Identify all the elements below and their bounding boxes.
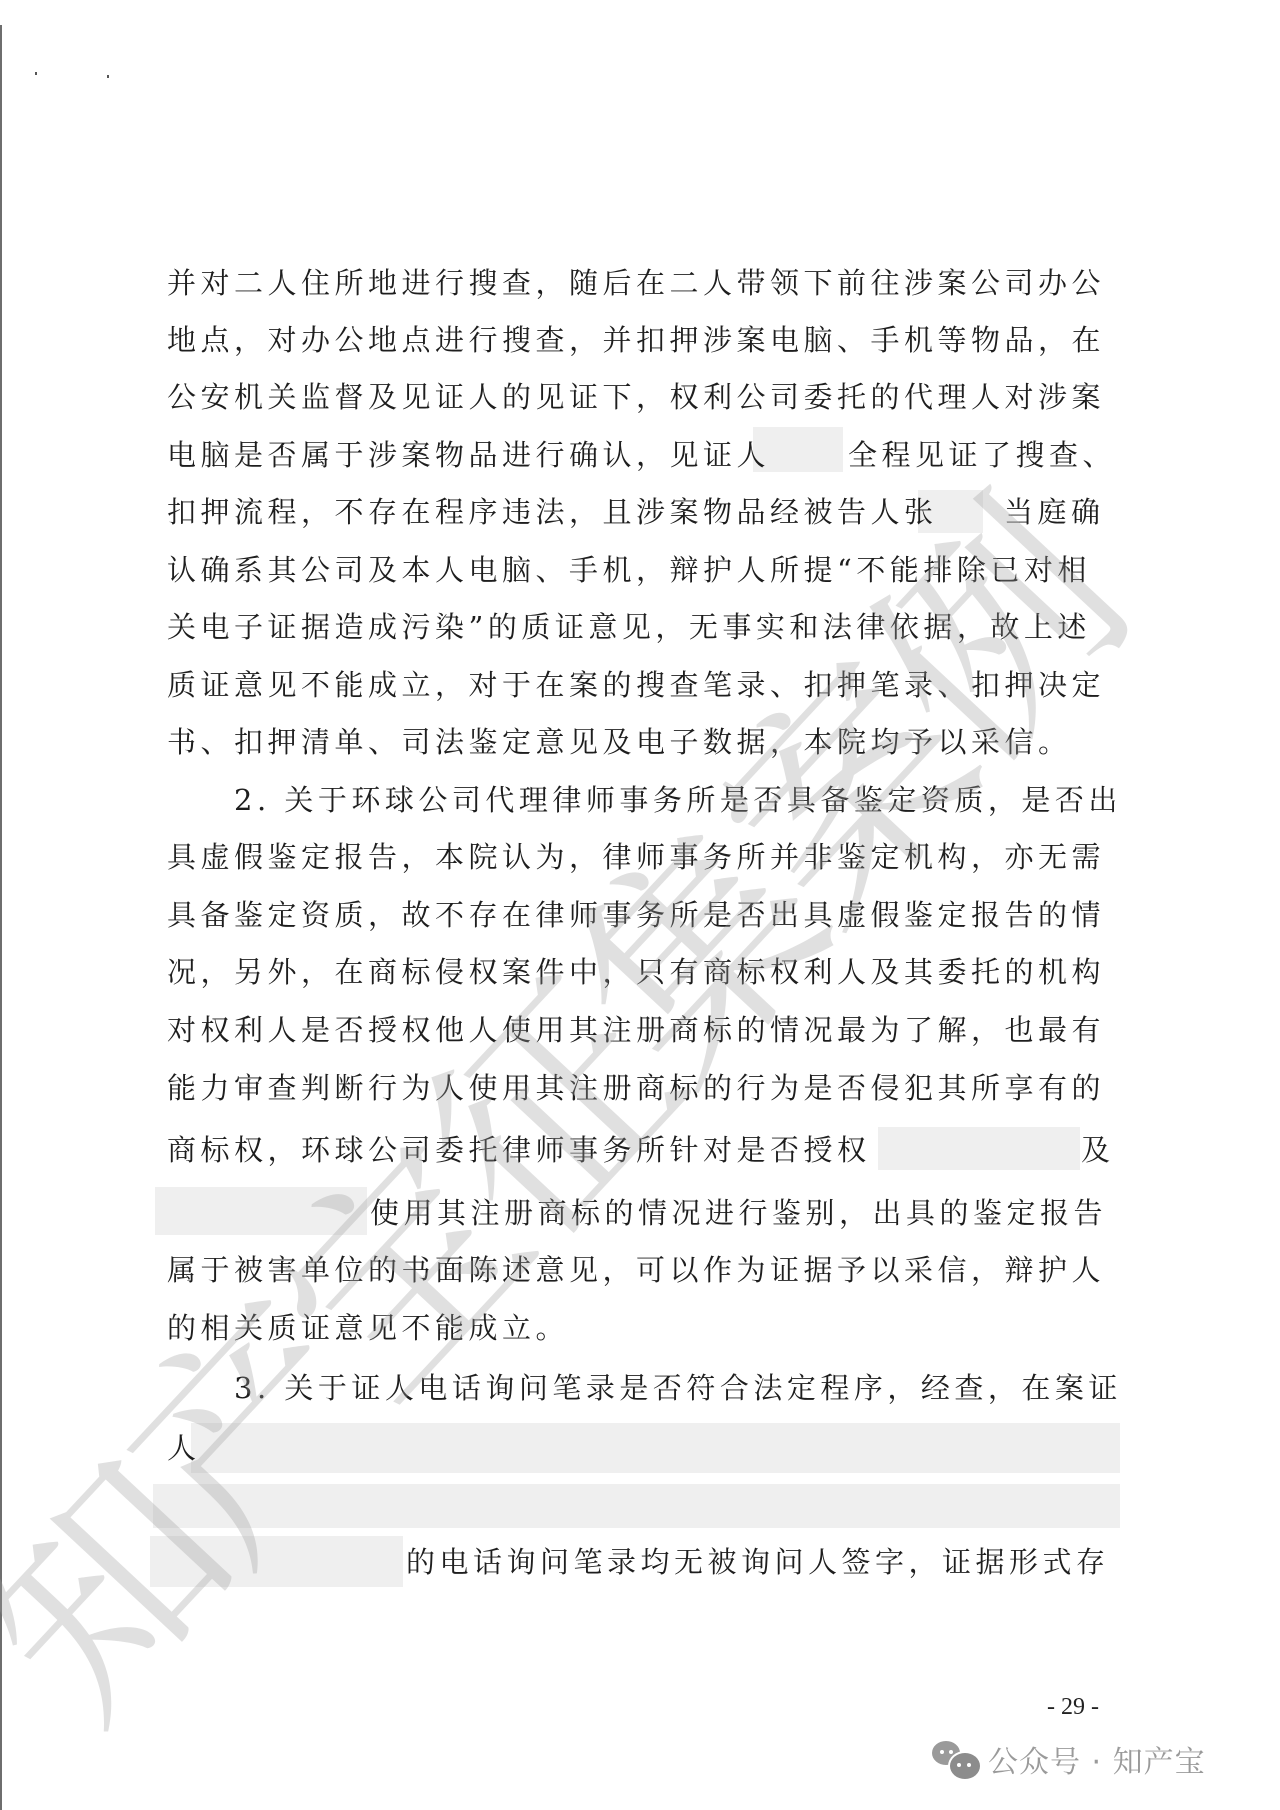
body-line: 关电子证据造成污染”的质证意见，无事实和法律依据，故上述 bbox=[167, 607, 1091, 647]
body-line: 扣押流程，不存在程序违法，且涉案物品经被告人张 bbox=[167, 492, 938, 532]
scan-speck bbox=[107, 75, 109, 78]
body-line: 能力审查判断行为人使用其注册商标的行为是否侵犯其所享有的 bbox=[167, 1068, 1105, 1108]
body-line: 对权利人是否授权他人使用其注册商标的情况最为了解，也最有 bbox=[167, 1010, 1105, 1050]
body-line: 的相关质证意见不能成立。 bbox=[167, 1308, 569, 1348]
body-line: 并对二人住所地进行搜查，随后在二人带领下前往涉案公司办公 bbox=[167, 263, 1105, 303]
paragraph-3-start: 3. 关于证人电话询问笔录是否符合法定程序，经查，在案证 bbox=[234, 1368, 1122, 1408]
redaction-witness-list-2 bbox=[153, 1484, 1120, 1528]
paragraph-2-start: 2. 关于环球公司代理律师事务所是否具备鉴定资质，是否出 bbox=[234, 780, 1122, 820]
body-line: 质证意见不能成立，对于在案的搜查笔录、扣押笔录、扣押决定 bbox=[167, 665, 1105, 705]
body-line: 具虚假鉴定报告，本院认为，律师事务所并非鉴定机构，亦无需 bbox=[167, 837, 1105, 877]
scan-speck bbox=[35, 72, 37, 75]
scan-edge-line bbox=[0, 25, 2, 1810]
wechat-icon bbox=[930, 1739, 980, 1779]
document-page: 并对二人住所地进行搜查，随后在二人带领下前往涉案公司办公 地点，对办公地点进行搜… bbox=[0, 0, 1280, 1810]
body-line: 商标权，环球公司委托律师事务所针对是否授权 bbox=[167, 1130, 871, 1170]
body-line: 书、扣押清单、司法鉴定意见及电子数据，本院均予以采信。 bbox=[167, 722, 1072, 762]
redaction-witness-list-1 bbox=[191, 1423, 1120, 1473]
redaction-party-a bbox=[878, 1127, 1080, 1170]
body-line: 人 bbox=[167, 1428, 201, 1468]
brand-text: 公众号 · 知产宝 bbox=[988, 1737, 1206, 1781]
page-number: - 29 - bbox=[1027, 1694, 1119, 1721]
body-line: 况，另外，在商标侵权案件中，只有商标权利人及其委托的机构 bbox=[167, 952, 1105, 992]
redaction-witness-list-3 bbox=[150, 1536, 403, 1587]
body-line: 公安机关监督及见证人的见证下，权利公司委托的代理人对涉案 bbox=[167, 377, 1105, 417]
body-line: 全程见证了搜查、 bbox=[848, 435, 1116, 475]
body-line: 使用其注册商标的情况进行鉴别，出具的鉴定报告 bbox=[370, 1193, 1107, 1233]
body-line: 属于被害单位的书面陈述意见，可以作为证据予以采信，辩护人 bbox=[167, 1250, 1105, 1290]
body-line: 地点，对办公地点进行搜查，并扣押涉案电脑、手机等物品，在 bbox=[167, 320, 1105, 360]
body-line: 电脑是否属于涉案物品进行确认，见证人 bbox=[167, 435, 770, 475]
body-line: 具备鉴定资质，故不存在律师事务所是否出具虚假鉴定报告的情 bbox=[167, 895, 1105, 935]
body-line: 当庭确 bbox=[1004, 492, 1105, 532]
body-line: 认确系其公司及本人电脑、手机，辩护人所提“不能排除已对相 bbox=[167, 550, 1091, 590]
body-line: 的电话询问笔录均无被询问人签字，证据形式存 bbox=[406, 1542, 1110, 1582]
footer-brand: 公众号 · 知产宝 bbox=[930, 1738, 1206, 1780]
body-line: 及 bbox=[1081, 1130, 1115, 1170]
redaction-party-b bbox=[155, 1187, 367, 1235]
